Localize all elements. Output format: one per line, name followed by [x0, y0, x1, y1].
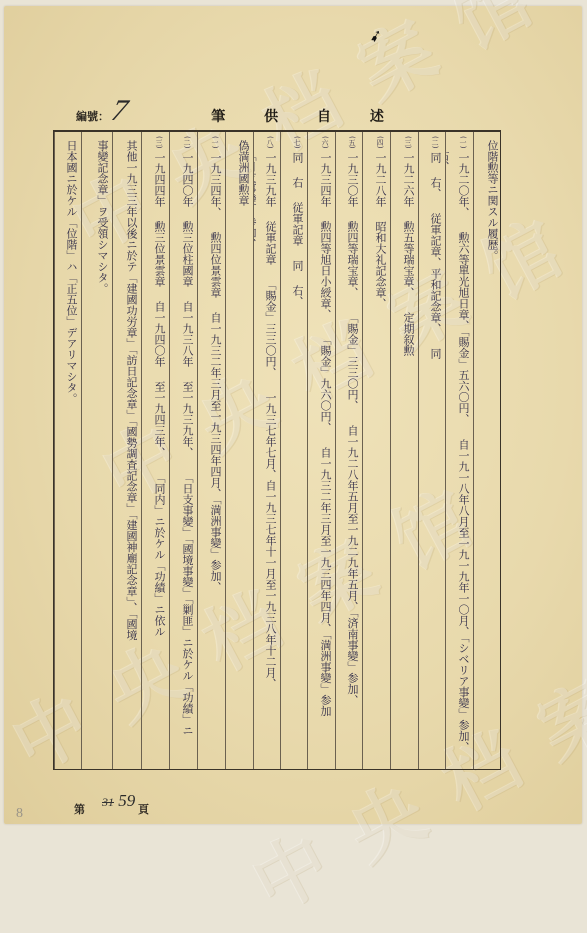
entry-text: 勲六等單光旭日章、「賜金」五六〇円、 — [453, 232, 473, 425]
entry-text: 一九二八年 — [370, 152, 390, 207]
entry-text: 一九三〇年 — [342, 152, 362, 207]
entry-text: 「日支事變」参加、 — [253, 150, 260, 249]
entry-text: 至一九四三年、 — [149, 381, 169, 458]
table-column: (二)同右、従軍記章、平和記念章、同 — [418, 132, 445, 769]
entry-text: 「同内」ニ於ケル「功績」ニ依ル — [149, 472, 169, 637]
table-column: (四)一九二八年昭和大礼記念章、 — [362, 132, 390, 769]
page-number: 31 59 — [102, 791, 135, 811]
entry-text: 自一九三八年 — [177, 301, 197, 367]
struck-page-number: 31 — [102, 795, 114, 809]
item-number: (七) — [293, 136, 301, 148]
entry-text: 一九二〇年、 — [453, 152, 473, 218]
entry-text: 事變記念章」ヲ受領シマシタ。 — [92, 140, 112, 294]
table-column: (一)一九二〇年、勲六等單光旭日章、「賜金」五六〇円、自一九一八年八月至一九一九… — [445, 132, 473, 769]
entry-text: 偽満洲國勲章 — [233, 140, 253, 206]
entry-text: 「賜金」三三〇円、 — [260, 279, 280, 378]
table-column: (二)一九四〇年勲三位柱國章自一九三八年至一九三九年、「日支事變」「國境事變」「… — [169, 132, 197, 769]
table-column: 其他一九三三年以後ニ於テ「建國功労章」「訪日記念章」「國勢調査記念章」「建國神廟… — [112, 132, 141, 769]
item-number: (一) — [459, 136, 467, 148]
ink-blot-icon: ➹ — [367, 25, 385, 47]
entry-text: 勲四位景雲章 — [205, 232, 225, 298]
table-column: (七)同右従軍記章同右、 — [280, 132, 307, 769]
entry-text: 従軍記章 — [260, 221, 280, 265]
entry-text: 右 — [287, 177, 307, 188]
table-column: (六)一九三四年勲四等旭日小綬章、「賜金」九六〇円、自一九三二年三月至一九三四年… — [307, 132, 335, 769]
entry-text: 自一九四〇年 — [149, 301, 169, 367]
entry-text: 一九二六年 — [398, 152, 418, 207]
item-number: (五) — [348, 136, 356, 148]
table-column: (三)一九四四年勲三位景雲章自一九四〇年至一九四三年、「同内」ニ於ケル「功績」ニ… — [141, 132, 169, 769]
entry-text: 一九三七年七月、自一九三七年十一月至一九三八年十二月、 — [260, 392, 280, 689]
entry-text: 自一九三二年三月至一九三四年四月、「満洲事變」参加 — [315, 447, 335, 717]
item-number: (六) — [321, 136, 329, 148]
entry-text: 「日支事變」「國境事變」「剿匪」ニ於ケル「功績」ニ — [177, 472, 197, 736]
item-number: (二) — [431, 136, 439, 148]
entry-text: 同 — [425, 152, 445, 163]
entry-text: 一九四四年 — [149, 152, 169, 207]
page-prefix: 第 — [74, 801, 85, 817]
document-title: 筆 供 自 述 — [4, 106, 587, 126]
entry-text: 定期叙勲 — [398, 312, 418, 356]
ruled-table: 位階勲等ニ関スル履歴。(一)一九二〇年、勲六等單光旭日章、「賜金」五六〇円、自一… — [53, 130, 501, 770]
entry-text: 自一九三二年三月至一九三四年四月、「満洲事變」参加、 — [205, 312, 225, 593]
item-number: (四) — [376, 136, 384, 148]
page-number-value: 59 — [118, 791, 135, 810]
table-column: (八)一九三九年従軍記章「賜金」三三〇円、一九三七年七月、自一九三七年十一月至一… — [253, 132, 280, 769]
entry-text: 位階勲等ニ関スル履歴。 — [482, 140, 502, 261]
title-char: 述 — [370, 106, 384, 126]
entry-text: 従軍記章、平和記念章、 — [425, 213, 445, 334]
table-column: 偽満洲國勲章 — [225, 132, 253, 769]
item-number: (八) — [266, 136, 274, 148]
table-column: 位階勲等ニ関スル履歴。 — [473, 132, 502, 769]
entry-text: 自一九二八年五月至一九二九年五月、「済南事變」参加、 — [342, 425, 362, 706]
entry-text: 「賜金」三三〇円、 — [342, 312, 362, 411]
entry-text: 「賜金」九六〇円、 — [315, 334, 335, 433]
entry-text: 従軍記章 — [287, 202, 307, 246]
title-char: 供 — [264, 106, 278, 126]
pencil-mark: 8 — [16, 806, 23, 822]
entry-text: 自一九一八年八月至一九一九年一〇月、「シベリア事變」参加、 — [453, 439, 473, 753]
entry-text: 一九四〇年 — [177, 152, 197, 207]
entry-text: 勲四等瑞宝章、 — [342, 221, 362, 298]
entry-text: 日本國ニ於ケル「位階」ハ「正五位」デアリマシタ。 — [61, 140, 81, 404]
entry-text: 一九三四年、 — [205, 152, 225, 218]
entry-text: 勲三位柱國章 — [177, 221, 197, 287]
table-column: 日本國ニ於ケル「位階」ハ「正五位」デアリマシタ。 — [54, 132, 81, 769]
title-char: 筆 — [211, 106, 225, 126]
document-page: 中央档案馆 中央档案馆 中央档案馆 中央档案馆 ➹ 編號： 7 筆 供 自 述 … — [4, 6, 582, 824]
entry-text: 至一九三九年、 — [177, 381, 197, 458]
entry-text: 一九三四年 — [315, 152, 335, 207]
entry-text: 同 — [287, 260, 307, 271]
item-number: (一) — [211, 136, 219, 148]
entry-text: 昭和大礼記念章、 — [370, 221, 390, 309]
entry-text: 右、 — [287, 285, 307, 307]
entry-text: 一九三九年 — [260, 152, 280, 207]
item-number: (三) — [404, 136, 412, 148]
item-number: (二) — [183, 136, 191, 148]
table-column: (三)一九二六年勲五等瑞宝章、定期叙勲 — [390, 132, 418, 769]
entry-text: 同 — [287, 152, 307, 163]
entry-text: 勲三位景雲章 — [149, 221, 169, 287]
entry-text: 右、 — [445, 150, 453, 172]
title-char: 自 — [317, 106, 331, 126]
item-number: (三) — [155, 136, 163, 148]
entry-text: 勲四等旭日小綬章、 — [315, 221, 335, 320]
entry-text: 其他一九三三年以後ニ於テ「建國功労章」「訪日記念章」「國勢調査記念章」「建國神廟… — [121, 140, 141, 641]
entry-text: 勲五等瑞宝章、 — [398, 221, 418, 298]
entry-text: 右、 — [425, 177, 445, 199]
table-column: (一)一九三四年、勲四位景雲章自一九三二年三月至一九三四年四月、「満洲事變」参加… — [197, 132, 225, 769]
table-column: (五)一九三〇年勲四等瑞宝章、「賜金」三三〇円、自一九二八年五月至一九二九年五月… — [335, 132, 362, 769]
table-column: 事變記念章」ヲ受領シマシタ。 — [81, 132, 112, 769]
entry-text: 同 — [425, 348, 445, 359]
page-suffix: 頁 — [138, 801, 149, 817]
